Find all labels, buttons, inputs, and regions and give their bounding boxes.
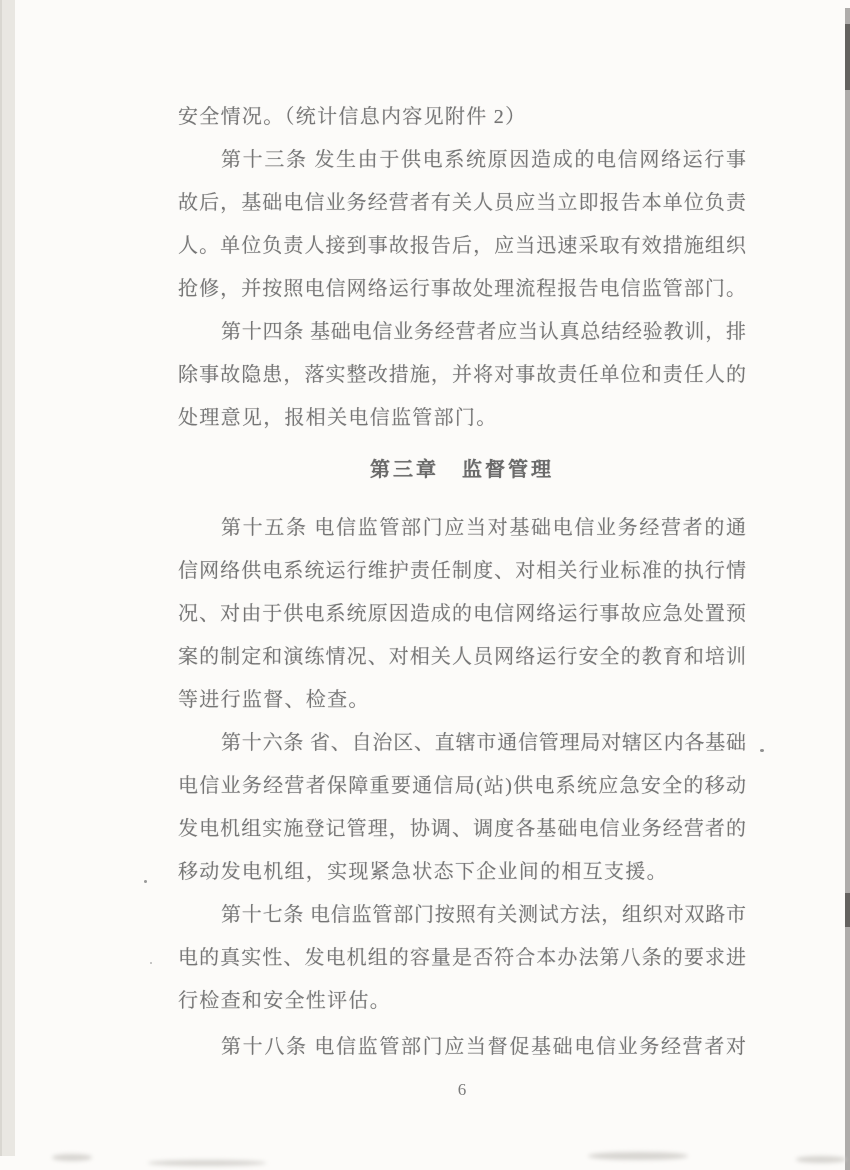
scan-artifact: [150, 962, 152, 964]
scan-artifact: [845, 893, 850, 927]
text-line: 第十七条 电信监管部门按照有关测试方法，组织对双路市: [178, 894, 746, 937]
text-line: 案的制定和演练情况、对相关人员网络运行安全的教育和培训: [178, 636, 746, 679]
scan-artifact: [148, 1160, 266, 1166]
text-line: 电的真实性、发电机组的容量是否符合本办法第八条的要求进: [178, 937, 746, 980]
text-line: 行检查和安全性评估。: [178, 980, 746, 1023]
scan-artifact: [52, 1154, 92, 1161]
text-line: 等进行监督、检查。: [178, 679, 746, 722]
text-line: 电信业务经营者保障重要通信局(站)供电系统应急安全的移动: [178, 765, 746, 808]
text-line: 故后，基础电信业务经营者有关人员应当立即报告本单位负责: [178, 182, 746, 225]
text-line: 第十六条 省、自治区、直辖市通信管理局对辖区内各基础: [178, 722, 746, 765]
scan-artifact: [760, 749, 764, 752]
text-line: 人。单位负责人接到事故报告后，应当迅速采取有效措施组织: [178, 225, 746, 268]
scanned-document-page: 安全情况。（统计信息内容见附件 2）第十三条 发生由于供电系统原因造成的电信网络…: [0, 0, 850, 1170]
scan-artifact: [144, 880, 147, 883]
text-line: 抢修，并按照电信网络运行事故处理流程报告电信监管部门。: [178, 268, 746, 311]
text-line: 第十五条 电信监管部门应当对基础电信业务经营者的通: [178, 507, 746, 550]
document-body: 安全情况。（统计信息内容见附件 2）第十三条 发生由于供电系统原因造成的电信网络…: [178, 96, 746, 1069]
text-line: 发电机组实施登记管理，协调、调度各基础电信业务经营者的: [178, 808, 746, 851]
scan-artifact: [845, 24, 850, 90]
text-line: 第十三条 发生由于供电系统原因造成的电信网络运行事: [178, 139, 746, 182]
text-line: 第十八条 电信监管部门应当督促基础电信业务经营者对: [178, 1026, 746, 1069]
chapter-heading: 第三章 监督管理: [178, 449, 746, 492]
text-line: 安全情况。（统计信息内容见附件 2）: [178, 96, 746, 139]
text-line: 除事故隐患，落实整改措施，并将对事故责任单位和责任人的: [178, 354, 746, 397]
scanner-edge-right: [845, 8, 850, 1170]
text-line: 移动发电机组，实现紧急状态下企业间的相互支援。: [178, 851, 746, 894]
text-line: 处理意见，报相关电信监管部门。: [178, 397, 746, 440]
scan-artifact: [796, 1156, 846, 1163]
text-line: 信网络供电系统运行维护责任制度、对相关行业标准的执行情: [178, 550, 746, 593]
text-line: 况、对由于供电系统原因造成的电信网络运行事故应急处置预: [178, 593, 746, 636]
scan-artifact: [588, 1152, 688, 1160]
scanner-edge-left: [0, 0, 15, 1156]
page-number: 6: [178, 1079, 746, 1101]
text-line: 第十四条 基础电信业务经营者应当认真总结经验教训，排: [178, 311, 746, 354]
